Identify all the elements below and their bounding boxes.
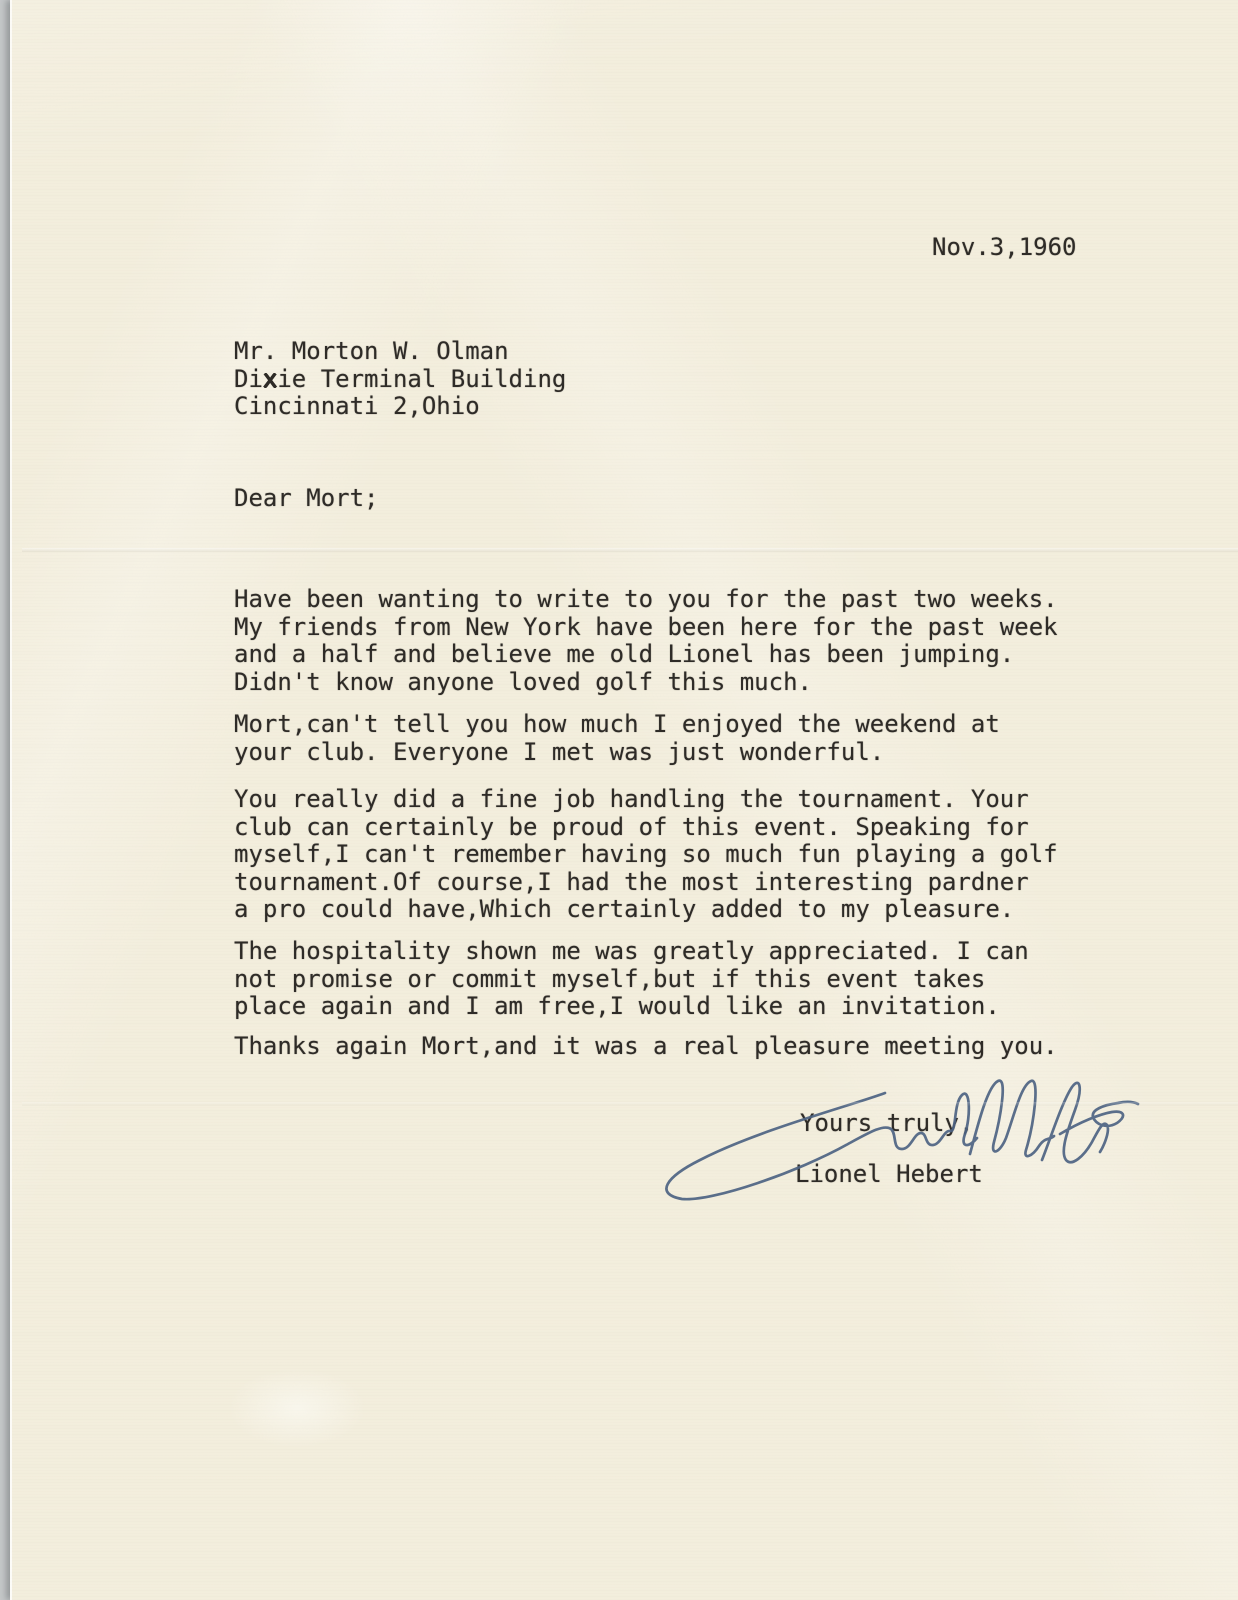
salutation: Dear Mort; xyxy=(234,485,379,513)
scanned-letter: Nov.3,1960 Mr. Morton W. OlmanDixie Term… xyxy=(0,0,1238,1600)
address-line-1: Mr. Morton W. Olman xyxy=(234,337,509,365)
letter-date: Nov.3,1960 xyxy=(932,234,1077,262)
body-paragraph-4: The hospitality shown me was greatly app… xyxy=(234,938,1029,1021)
complimentary-closing: Yours truly, xyxy=(800,1110,973,1138)
address-line-2-post: ie Terminal Building xyxy=(277,365,566,393)
body-paragraph-2: Mort,can't tell you how much I enjoyed t… xyxy=(234,711,1000,766)
paper-fold-crease xyxy=(22,1102,1238,1106)
typed-signature-name: Lionel Hebert xyxy=(795,1161,983,1189)
paper-sheet: Nov.3,1960 Mr. Morton W. OlmanDixie Term… xyxy=(10,0,1238,1600)
body-paragraph-1: Have been wanting to write to you for th… xyxy=(234,586,1058,696)
recipient-address: Mr. Morton W. OlmanDixie Terminal Buildi… xyxy=(234,338,566,421)
address-line-3: Cincinnati 2,Ohio xyxy=(234,392,480,420)
body-paragraph-5: Thanks again Mort,and it was a real plea… xyxy=(234,1033,1058,1061)
address-line-2-pre: Di xyxy=(234,365,263,393)
paper-fold-crease xyxy=(22,548,1238,552)
overstruck-character: x xyxy=(263,365,277,393)
body-paragraph-3: You really did a fine job handling the t… xyxy=(234,786,1058,924)
